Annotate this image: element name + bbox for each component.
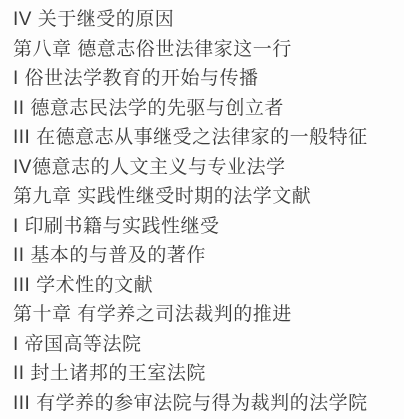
toc-line-chapter: 第十章 有学养之司法裁判的推进 <box>13 300 394 330</box>
toc-page: IV 关于继受的原因 第八章 德意志俗世法律家这一行 I 俗世法学教育的开始与传… <box>0 0 404 419</box>
toc-line: I 印刷书籍与实践性继受 <box>13 212 394 242</box>
toc-line: II 德意志民法学的先驱与创立者 <box>13 94 394 124</box>
toc-line-chapter: 第八章 德意志俗世法律家这一行 <box>13 35 394 65</box>
toc-line: IV德意志的人文主义与专业法学 <box>13 153 394 183</box>
toc-line: II 封土诸邦的王室法院 <box>13 359 394 389</box>
toc-line-chapter: 第九章 实践性继受时期的法学文献 <box>13 182 394 212</box>
toc-line: IV 关于继受的原因 <box>13 5 394 35</box>
toc-line: III 学术性的文献 <box>13 271 394 301</box>
toc-line: I 帝国高等法院 <box>13 330 394 360</box>
toc-line: III 在德意志从事继受之法律家的一般特征 <box>13 123 394 153</box>
toc-line: I 俗世法学教育的开始与传播 <box>13 64 394 94</box>
toc-line: III 有学养的参审法院与得为裁判的法学院 <box>13 389 394 419</box>
toc-line: II 基本的与普及的著作 <box>13 241 394 271</box>
